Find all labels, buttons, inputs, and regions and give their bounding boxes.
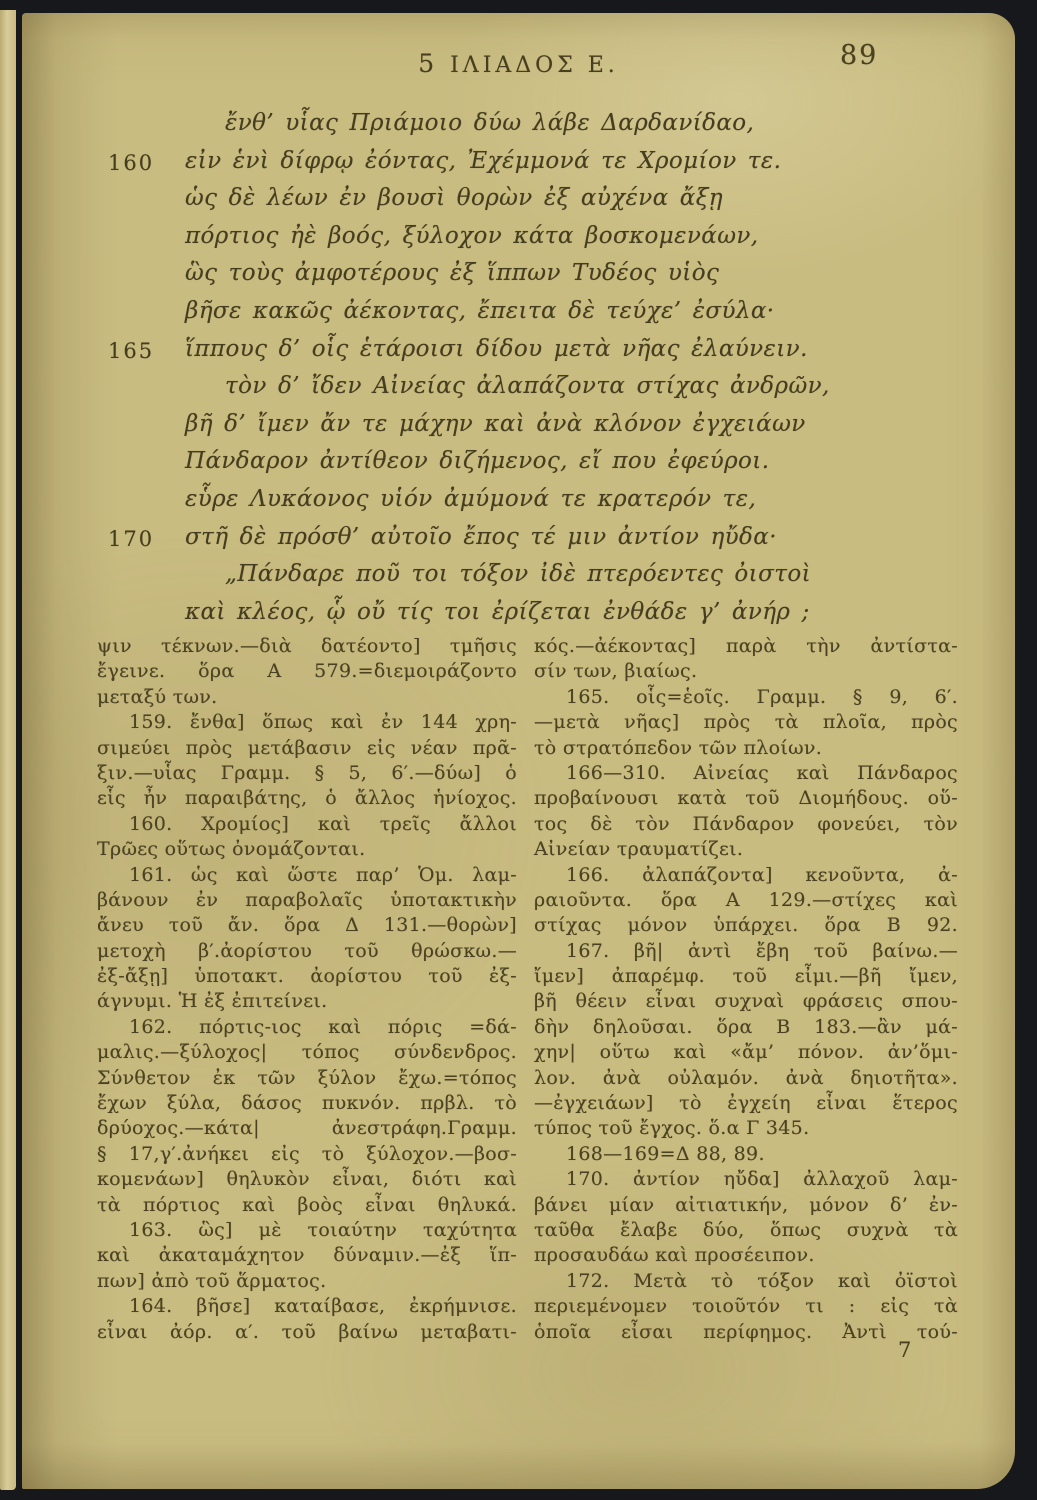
verse-line-text: βῆ δ’ ἴμεν ἄν τε μάχην καὶ ἀνὰ κλόνον ἐγ… — [185, 411, 806, 437]
verse-line: εὗρε Λυκάονος υἱόν ἀμύμονά τε κρατερόν τ… — [22, 486, 1015, 524]
verse-line: τὸν δ’ ἴδεν Αἰνείας ἀλαπάζοντα στίχας ἀν… — [22, 373, 1015, 411]
commentary-line: ψιν τέκνων.—διὰ δατέοντο] τμῆσις — [97, 634, 517, 659]
commentary-line: χην| οὕτω καὶ «ἄμ’ πόνον. ἀν’ὅμι- — [534, 1040, 958, 1065]
commentary-line: καὶ ἀκαταμάχητον δύναμιν.—ἐξ ἵπ- — [97, 1243, 517, 1268]
verse-line-text: εἰν ἑνὶ δίφρῳ ἐόντας, Ἐχέμμονά τε Χρομίο… — [185, 148, 781, 174]
verse-line: καὶ κλέος, ᾧ οὔ τίς τοι ἐρίζεται ἐνθάδε … — [22, 599, 1015, 637]
commentary-line: ταῦθα ἔλαβε δύο, ὅπως συχνὰ τὰ — [534, 1218, 958, 1243]
commentary-line: κός.—ἀέκοντας] παρὰ τὴν ἀντίστα- — [534, 634, 958, 659]
verse-line-text: ὣς τοὺς ἀμφοτέρους ἐξ ἵππων Τυδέος υἱὸς — [185, 260, 719, 286]
verse-line: ὣς τοὺς ἀμφοτέρους ἐξ ἵππων Τυδέος υἱὸς — [22, 260, 1015, 298]
verse-line: Πάνδαρον ἀντίθεον διζήμενος, εἴ που ἐφεύ… — [22, 448, 1015, 486]
book-page: 5ΙΛΙΑΔΟΣ Ε. 89 ἔνθ’ υἷας Πριάμοιο δύω λά… — [22, 13, 1015, 1489]
verse-line-text: στῆ δὲ πρόσθ’ αὐτοῖο ἔπος τέ μιν ἀντίον … — [185, 524, 777, 550]
commentary-line: μετοχὴ β′.ἀορίστου τοῦ θρώσκω.— — [97, 939, 517, 964]
commentary-line: τος δὲ τὸν Πάνδαρον φονεύει, τὸν — [534, 812, 958, 837]
commentary-line: άγνυμι. Ἡ ἐξ ἐπιτείνει. — [97, 989, 517, 1014]
verse-line: 170στῆ δὲ πρόσθ’ αὐτοῖο ἔπος τέ μιν ἀντί… — [22, 524, 1015, 562]
verse-line-number: 170 — [108, 527, 154, 551]
verse-line-text: ἵππους δ’ οἷς ἑτάροισι δίδου μετὰ νῆας ἐ… — [185, 336, 808, 362]
commentary-line: 166. ἀλαπάζοντα] κενοῦντα, ἀ- — [534, 863, 958, 888]
commentary-line: 163. ὣς] μὲ τοιαύτην ταχύτητα — [97, 1218, 517, 1243]
verse-block: ἔνθ’ υἷας Πριάμοιο δύω λάβε Δαρδανίδαο,1… — [22, 110, 1015, 636]
adjacent-page-edge — [0, 10, 16, 1490]
commentary-line: 160. Χρομίος] καὶ τρεῖς ἄλλοι — [97, 812, 517, 837]
verse-line-text: ὡς δὲ λέων ἐν βουσὶ θορὼν ἐξ αὐχένα ἄξῃ — [185, 185, 723, 211]
commentary-line: ὁποῖα εἶσαι περίφημος. Ἀντὶ τού- — [534, 1320, 958, 1345]
commentary-line: περιεμένομεν τοιοῦτόν τι : εἰς τὰ — [534, 1294, 958, 1319]
commentary-line: τύπος τοῦ ἔγχος. ὅ.α Γ 345. — [534, 1116, 958, 1141]
commentary-line: Τρῶες οὕτως ὀνομάζονται. — [97, 837, 517, 862]
commentary-line: βάνουν ἐν παραβολαῖς ὑποτακτικὴν — [97, 888, 517, 913]
verse-line: ὡς δὲ λέων ἐν βουσὶ θορὼν ἐξ αὐχένα ἄξῃ — [22, 185, 1015, 223]
commentary-line: βάνει μίαν αἰτιατικήν, μόνον δ’ ἐν- — [534, 1193, 958, 1218]
commentary-line: 164. βῆσε] καταίβασε, ἐκρήμνισε. — [97, 1294, 517, 1319]
commentary-line: Αἰνείαν τραυματίζει. — [534, 837, 958, 862]
commentary-line: § 17,γ′.ἀνήκει εἰς τὸ ξύλοχον.—βοσ- — [97, 1142, 517, 1167]
commentary-line: 166—310. Αἰνείας καὶ Πάνδαρος — [534, 761, 958, 786]
commentary-line: κομενάων] θηλυκὸν εἶναι, διότι καὶ — [97, 1167, 517, 1192]
commentary-line: Σύνθετον ἐκ τῶν ξύλον ἔχω.=τόπος — [97, 1066, 517, 1091]
commentary-line: εἷς ἦν παραιβάτης, ὁ ἄλλος ἡνίοχος. — [97, 786, 517, 811]
commentary-line: σίν των, βιαίως. — [534, 659, 958, 684]
commentary-line: ἔγεινε. ὅρα Α 579.=διεμοιράζοντο — [97, 659, 517, 684]
commentary-line: 168—169=Δ 88, 89. — [534, 1142, 958, 1167]
commentary-line: σιμεύει πρὸς μετάβασιν εἰς νέαν πρᾶ- — [97, 736, 517, 761]
verse-line-text: πόρτιος ἠὲ βοός, ξύλοχον κάτα βοσκομενάω… — [185, 223, 758, 249]
commentary-line: λον. ἀνὰ οὐλαμόν. ἀνὰ δηιοτῆτα». — [534, 1066, 958, 1091]
verse-line: ἔνθ’ υἷας Πριάμοιο δύω λάβε Δαρδανίδαο, — [22, 110, 1015, 148]
verse-line-text: βῆσε κακῶς ἀέκοντας, ἔπειτα δὲ τεύχε’ ἐσ… — [185, 298, 775, 324]
commentary-line: βῆ θέειν εἶναι συχναὶ φράσεις σπου- — [534, 989, 958, 1014]
page-number: 89 — [840, 40, 878, 71]
commentary-line: 167. βῆ| ἀντὶ ἔβη τοῦ βαίνω.— — [534, 939, 958, 964]
commentary-line: ἄνευ τοῦ ἄν. ὅρα Δ 131.—θορὼν] — [97, 913, 517, 938]
commentary-line: 170. ἀντίον ηὔδα] ἀλλαχοῦ λαμ- — [534, 1167, 958, 1192]
commentary-line: ἔχων ξύλα, δάσος πυκνόν. πρβλ. τὸ — [97, 1091, 517, 1116]
verse-line-number: 165 — [108, 339, 154, 363]
commentary-line: τὰ πόρτιος καὶ βοὸς εἶναι θηλυκά. — [97, 1193, 517, 1218]
commentary-left-column: ψιν τέκνων.—διὰ δατέοντο] τμῆσιςἔγεινε. … — [97, 634, 517, 1345]
verse-line-text: καὶ κλέος, ᾧ οὔ τίς τοι ἐρίζεται ἐνθάδε … — [185, 599, 810, 625]
commentary-line: μαλις.—ξύλοχος| τόπος σύνδενδρος. — [97, 1040, 517, 1065]
verse-line-text: „Πάνδαρε ποῦ τοι τόξον ἰδὲ πτερόεντες ὀι… — [225, 561, 811, 587]
commentary-line: 165. οἷς=ἑοῖς. Γραμμ. § 9, 6′. — [534, 685, 958, 710]
commentary-line: ἴμεν] ἀπαρέμφ. τοῦ εἶμι.—βῆ ἴμεν, — [534, 964, 958, 989]
verse-line-text: Πάνδαρον ἀντίθεον διζήμενος, εἴ που ἐφεύ… — [185, 448, 769, 474]
verse-line: „Πάνδαρε ποῦ τοι τόξον ἰδὲ πτερόεντες ὀι… — [22, 561, 1015, 599]
scanned-book-page: 5ΙΛΙΑΔΟΣ Ε. 89 ἔνθ’ υἷας Πριάμοιο δύω λά… — [0, 0, 1037, 1500]
commentary-line: ξιν.—υἷας Γραμμ. § 5, 6′.—δύω] ὁ — [97, 761, 517, 786]
commentary-line: δὴν δηλοῦσαι. ὅρα Β 183.—ἂν μά- — [534, 1015, 958, 1040]
verse-line-text: εὗρε Λυκάονος υἱόν ἀμύμονά τε κρατερόν τ… — [185, 486, 756, 512]
commentary-line: δρύοχος.—κάτα| ἀνεστράφη.Γραμμ. — [97, 1116, 517, 1141]
verse-line-text: τὸν δ’ ἴδεν Αἰνείας ἀλαπάζοντα στίχας ἀν… — [225, 373, 830, 399]
commentary-line: 172. Μετὰ τὸ τόξον καὶ ὀϊστοὶ — [534, 1269, 958, 1294]
commentary-line: τὸ στρατόπεδον τῶν πλοίων. — [534, 736, 958, 761]
book-number: 5 — [418, 49, 434, 78]
signature-mark: 7 — [898, 1338, 912, 1362]
commentary-line: —ἐγχειάων] τὸ ἐγχείη εἶναι ἕτερος — [534, 1091, 958, 1116]
verse-line-number: 160 — [108, 151, 154, 175]
commentary-line: εἶναι ἀόρ. α′. τοῦ βαίνω μεταβατι- — [97, 1320, 517, 1345]
commentary-line: —μετὰ νῆας] πρὸς τὰ πλοῖα, πρὸς — [534, 710, 958, 735]
commentary-line: 159. ἔνθα] ὅπως καὶ ἐν 144 χρη- — [97, 710, 517, 735]
commentary-line: 161. ὡς καὶ ὥστε παρ’ Ὁμ. λαμ- — [97, 863, 517, 888]
commentary-line: στίχας μόνον ὑπάρχει. ὅρα Β 92. — [534, 913, 958, 938]
verse-line: βῆσε κακῶς ἀέκοντας, ἔπειτα δὲ τεύχε’ ἐσ… — [22, 298, 1015, 336]
commentary-line: προσαυδάω καὶ προσέειπον. — [534, 1243, 958, 1268]
verse-line: 165ἵππους δ’ οἷς ἑτάροισι δίδου μετὰ νῆα… — [22, 336, 1015, 374]
verse-line: βῆ δ’ ἴμεν ἄν τε μάχην καὶ ἀνὰ κλόνον ἐγ… — [22, 411, 1015, 449]
commentary-line: προβαίνουσι κατὰ τοῦ Διομήδους. οὕ- — [534, 786, 958, 811]
commentary-line: πων] ἀπὸ τοῦ ἅρματος. — [97, 1269, 517, 1294]
commentary-right-column: κός.—ἀέκοντας] παρὰ τὴν ἀντίστα-σίν των,… — [534, 634, 958, 1345]
running-title: ΙΛΙΑΔΟΣ Ε. — [450, 53, 619, 78]
verse-line: πόρτιος ἠὲ βοός, ξύλοχον κάτα βοσκομενάω… — [22, 223, 1015, 261]
verse-line: 160εἰν ἑνὶ δίφρῳ ἐόντας, Ἐχέμμονά τε Χρο… — [22, 148, 1015, 186]
commentary-line: ἐξ-ἄξῃ] ὑποτακτ. ἀορίστου τοῦ ἐξ- — [97, 964, 517, 989]
commentary-line: ραιοῦντα. ὅρα Α 129.—στίχες καὶ — [534, 888, 958, 913]
commentary-line: μεταξύ των. — [97, 685, 517, 710]
verse-line-text: ἔνθ’ υἷας Πριάμοιο δύω λάβε Δαρδανίδαο, — [225, 110, 754, 136]
commentary-line: 162. πόρτις-ιος καὶ πόρις =δά- — [97, 1015, 517, 1040]
